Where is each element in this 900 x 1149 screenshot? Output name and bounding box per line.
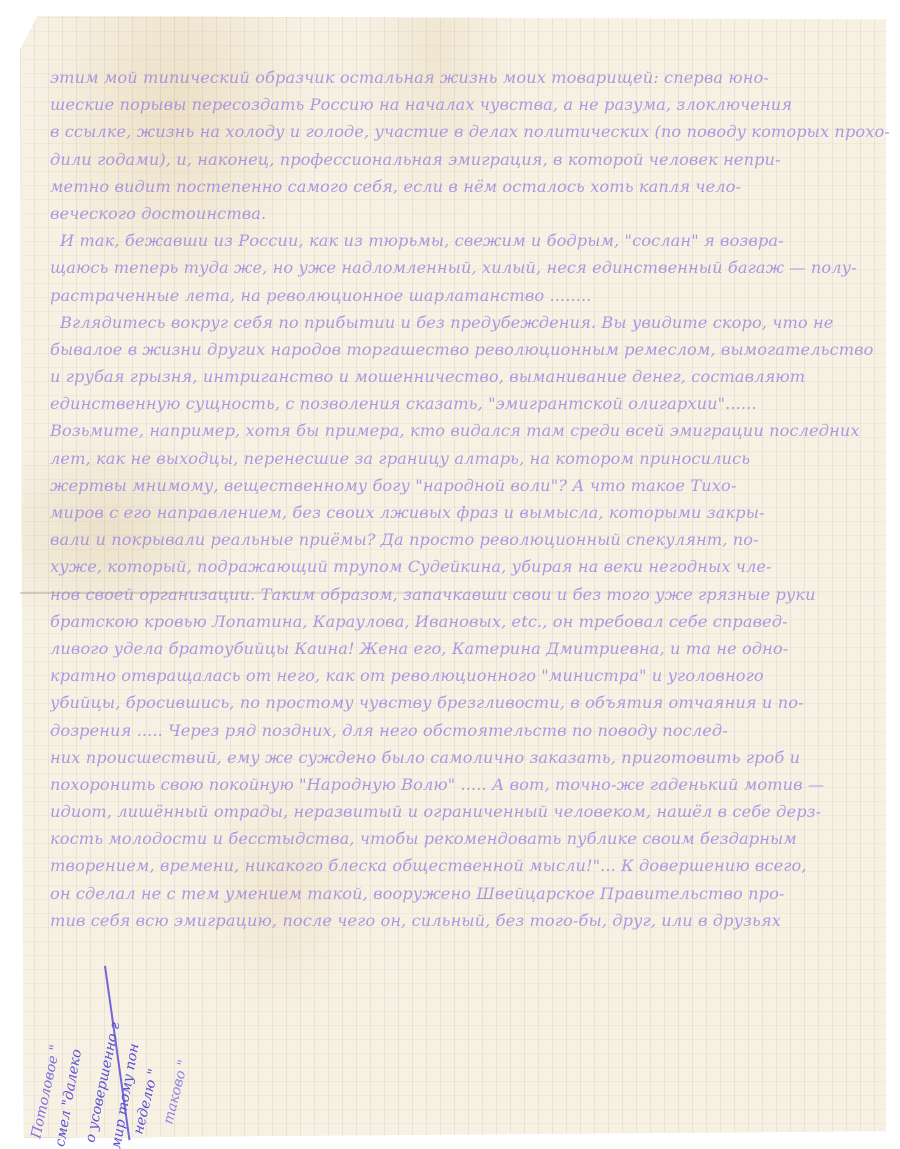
letter-line: тив себя всю эмиграцию, после чего он, с… bbox=[50, 907, 890, 934]
letter-line: кратно отвращалась от него, как от револ… bbox=[50, 662, 890, 689]
letter-line: он сделал не с тем умением такой, вооруж… bbox=[50, 880, 890, 907]
letter-line: дили годами), и, наконец, профессиональн… bbox=[50, 146, 890, 173]
letter-line: братскою кровью Лопатина, Караулова, Ива… bbox=[50, 608, 890, 635]
letter-line: И так, бежавши из России, как из тюрьмы,… bbox=[50, 227, 890, 254]
letter-line: хуже, который, подражающий трупом Судейк… bbox=[50, 553, 890, 580]
letter-line: жертвы мнимому, вещественному богу "наро… bbox=[50, 472, 890, 499]
letter-line: единственную сущность, с позволения сказ… bbox=[50, 390, 890, 417]
letter-line: и грубая грызня, интриганство и мошеннич… bbox=[50, 363, 890, 390]
letter-line: Возьмите, например, хотя бы примера, кто… bbox=[50, 417, 890, 444]
letter-line: щаюсь теперь туда же, но уже надломленны… bbox=[50, 254, 890, 281]
letter-line: творением, времени, никакого блеска обще… bbox=[50, 852, 890, 879]
letter-line: веческого достоинства. bbox=[50, 200, 890, 227]
letter-line: миров с его направлением, без своих лжив… bbox=[50, 499, 890, 526]
letter-line: бывалое в жизни других народов торгашест… bbox=[50, 336, 890, 363]
letter-line: вали и покрывали реальные приёмы? Да про… bbox=[50, 526, 890, 553]
letter-line: похоронить свою покойную "Народную Волю"… bbox=[50, 771, 890, 798]
letter-line: идиот, лишённый отрады, неразвитый и огр… bbox=[50, 798, 890, 825]
letter-line: шеские порывы пересоздать Россию на нача… bbox=[50, 91, 890, 118]
letter-line: растраченные лета, на революционное шарл… bbox=[50, 282, 890, 309]
letter-line: кость молодости и бесстыдства, чтобы рек… bbox=[50, 825, 890, 852]
letter-line: метно видит постепенно самого себя, если… bbox=[50, 173, 890, 200]
letter-line: ливого удела братоубийцы Каина! Жена его… bbox=[50, 635, 890, 662]
letter-line: них происшествий, ему же суждено было са… bbox=[50, 744, 890, 771]
letter-line: в ссылке, жизнь на холоду и голоде, учас… bbox=[50, 118, 890, 145]
letter-line: нов своей организации. Таким образом, за… bbox=[50, 581, 890, 608]
letter-body: этим мой типический образчик остальная ж… bbox=[50, 64, 890, 934]
letter-line: Вглядитесь вокруг себя по прибытии и без… bbox=[50, 309, 890, 336]
letter-line: убийцы, бросившись, по простому чувству … bbox=[50, 689, 890, 716]
letter-line: этим мой типический образчик остальная ж… bbox=[50, 64, 890, 91]
letter-line: дозрения ..... Через ряд поздних, для не… bbox=[50, 717, 890, 744]
letter-line: лет, как не выходцы, перенесшие за грани… bbox=[50, 445, 890, 472]
